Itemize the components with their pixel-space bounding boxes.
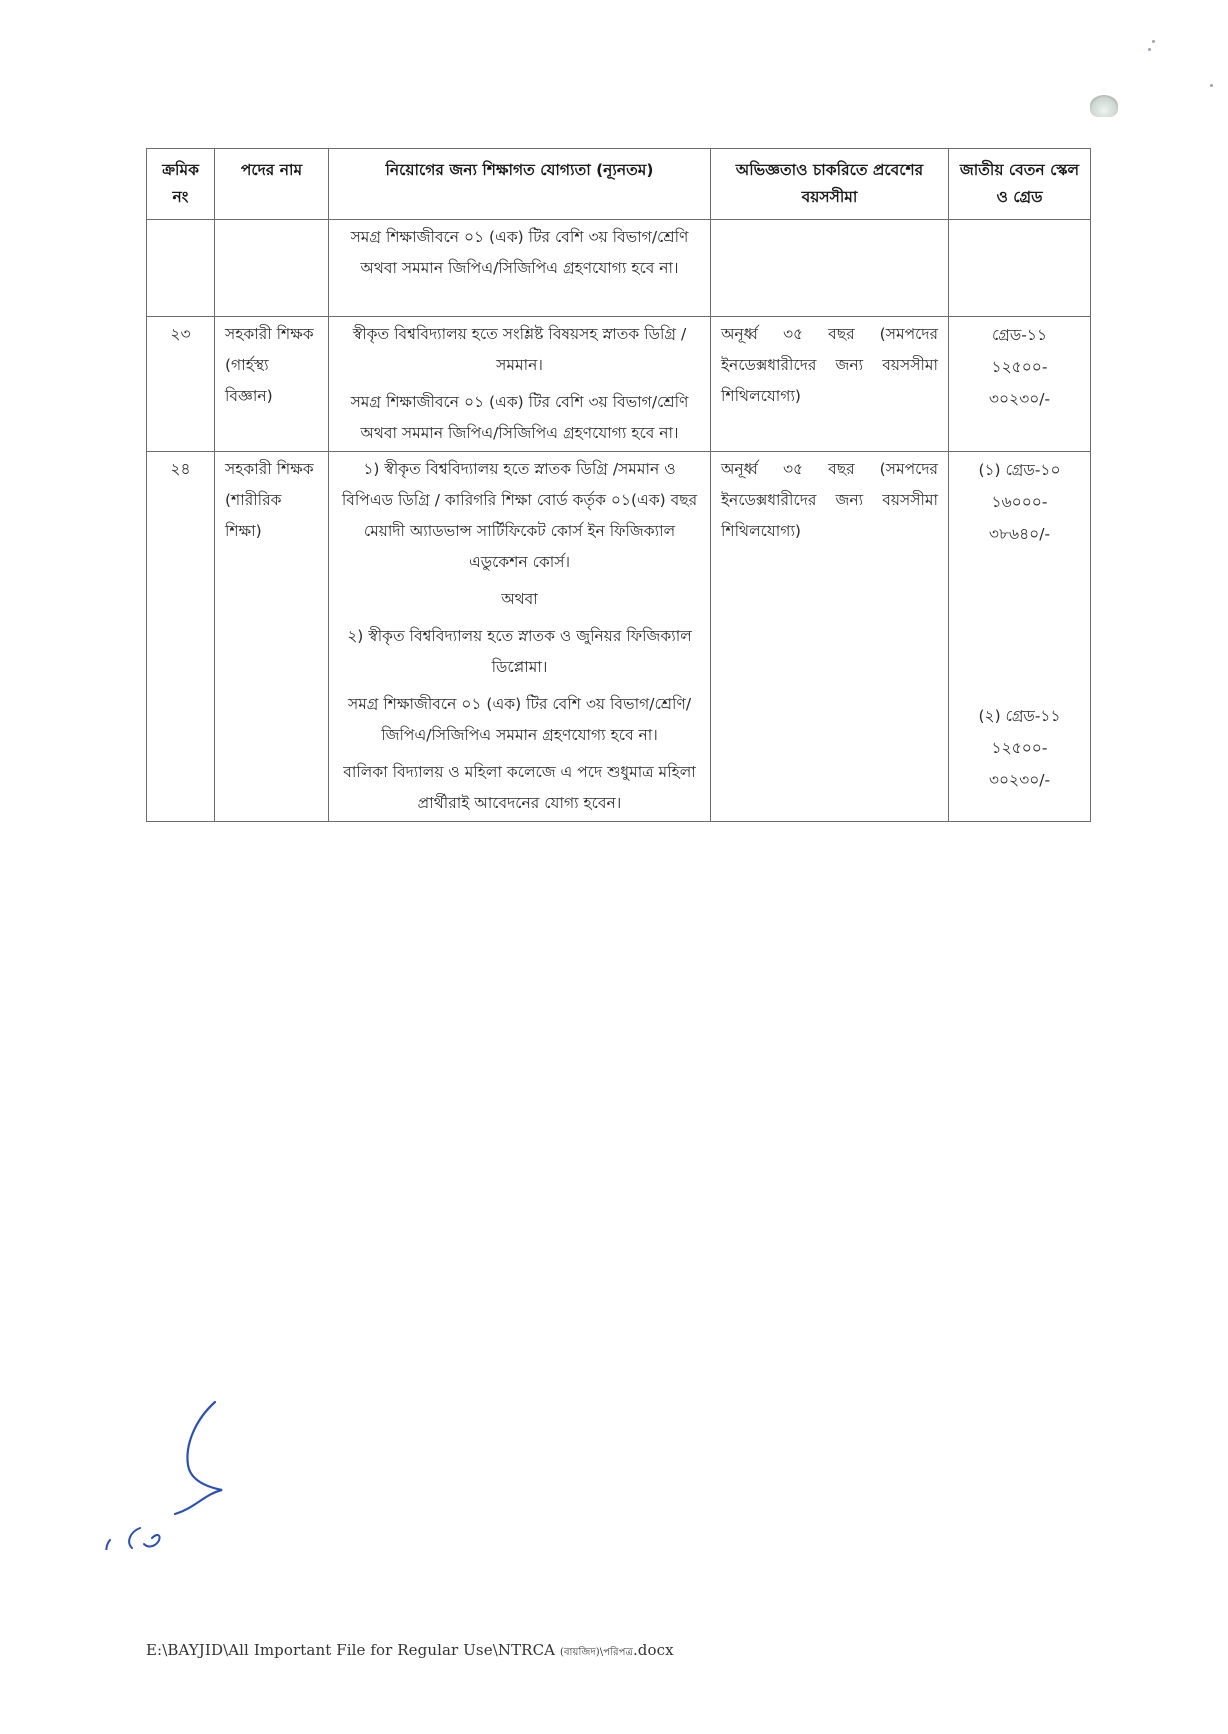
header-qualification: নিয়োগের জন্য শিক্ষাগত যোগ্যতা (ন্যূনতম) — [329, 149, 711, 220]
cell-pay-scale — [949, 220, 1091, 317]
grade-label: (১) গ্রেড-১০ — [959, 454, 1080, 486]
file-path-footer: E:\BAYJID\All Important File for Regular… — [146, 1641, 674, 1662]
header-serial: ক্রমিক নং — [147, 149, 215, 220]
pay-scale-value: ৩০২৩০/- — [959, 383, 1080, 415]
qualification-paragraph: ২) স্বীকৃত বিশ্ববিদ্যালয় হতে স্নাতক ও জ… — [339, 621, 700, 683]
pay-scale-value: ৩৮৬৪০/- — [959, 518, 1080, 550]
cell-serial: ২৪ — [147, 452, 215, 822]
scan-speck — [1148, 48, 1151, 51]
cell-pay-scale: গ্রেড-১১১২৫০০-৩০২৩০/- — [949, 317, 1091, 452]
table-row: সমগ্র শিক্ষাজীবনে ০১ (এক) টির বেশি ৩য় ব… — [147, 220, 1091, 317]
table-row: ২৪সহকারী শিক্ষক (শারীরিক শিক্ষা)১) স্বীক… — [147, 452, 1091, 822]
pay-scale-value: ৩০২৩০/- — [959, 764, 1080, 796]
punch-hole-mark — [1090, 95, 1118, 117]
grade-entry: (১) গ্রেড-১০১৬০০০-৩৮৬৪০/- — [959, 454, 1080, 550]
cell-age-limit: অনূর্ধ্ব ৩৫ বছর (সমপদের ইনডেক্সধারীদের জ… — [711, 452, 949, 822]
file-path-bangla: (বায়জিদ)\পরিপত্র — [560, 1647, 633, 1658]
signature-mark — [100, 1390, 250, 1550]
recruitment-qualification-table: ক্রমিক নং পদের নাম নিয়োগের জন্য শিক্ষাগ… — [146, 148, 1091, 822]
cell-serial: ২৩ — [147, 317, 215, 452]
table-row: ২৩সহকারী শিক্ষক (গার্হস্থ্য বিজ্ঞান)স্বী… — [147, 317, 1091, 452]
cell-pay-scale: (১) গ্রেড-১০১৬০০০-৩৮৬৪০/-(২) গ্রেড-১১১২৫… — [949, 452, 1091, 822]
cell-post-name: সহকারী শিক্ষক (শারীরিক শিক্ষা) — [215, 452, 329, 822]
header-pay-scale: জাতীয় বেতন স্কেল ও গ্রেড — [949, 149, 1091, 220]
qualification-paragraph: সমগ্র শিক্ষাজীবনে ০১ (এক) টির বেশি ৩য় ব… — [339, 689, 700, 751]
grade-label: (২) গ্রেড-১১ — [959, 700, 1080, 732]
scan-speck — [1152, 40, 1155, 43]
scan-speck — [1210, 84, 1213, 87]
qualification-paragraph: সমগ্র শিক্ষাজীবনে ০১ (এক) টির বেশি ৩য় ব… — [339, 222, 700, 284]
pay-scale-value: ১২৫০০- — [959, 732, 1080, 764]
cell-qualification: ১) স্বীকৃত বিশ্ববিদ্যালয় হতে স্নাতক ডিগ… — [329, 452, 711, 822]
header-post-name: পদের নাম — [215, 149, 329, 220]
cell-qualification: স্বীকৃত বিশ্ববিদ্যালয় হতে সংশ্লিষ্ট বিষ… — [329, 317, 711, 452]
cell-qualification: সমগ্র শিক্ষাজীবনে ০১ (এক) টির বেশি ৩য় ব… — [329, 220, 711, 317]
file-extension: .docx — [633, 1641, 674, 1659]
grade-label: গ্রেড-১১ — [959, 319, 1080, 351]
qualification-paragraph: অথবা — [339, 584, 700, 615]
qualification-paragraph: সমগ্র শিক্ষাজীবনে ০১ (এক) টির বেশি ৩য় ব… — [339, 387, 700, 449]
cell-post-name: সহকারী শিক্ষক (গার্হস্থ্য বিজ্ঞান) — [215, 317, 329, 452]
cell-age-limit — [711, 220, 949, 317]
table-header-row: ক্রমিক নং পদের নাম নিয়োগের জন্য শিক্ষাগ… — [147, 149, 1091, 220]
qualification-paragraph: স্বীকৃত বিশ্ববিদ্যালয় হতে সংশ্লিষ্ট বিষ… — [339, 319, 700, 381]
cell-serial — [147, 220, 215, 317]
file-path-main: E:\BAYJID\All Important File for Regular… — [146, 1641, 560, 1659]
qualification-paragraph: ১) স্বীকৃত বিশ্ববিদ্যালয় হতে স্নাতক ডিগ… — [339, 454, 700, 578]
cell-post-name — [215, 220, 329, 317]
header-age-limit: অভিজ্ঞতাও চাকরিতে প্রবেশের বয়সসীমা — [711, 149, 949, 220]
grade-entry: (২) গ্রেড-১১১২৫০০-৩০২৩০/- — [959, 700, 1080, 796]
pay-scale-value: ১২৫০০- — [959, 351, 1080, 383]
pay-scale-value: ১৬০০০- — [959, 486, 1080, 518]
qualification-paragraph: বালিকা বিদ্যালয় ও মহিলা কলেজে এ পদে শুধ… — [339, 757, 700, 819]
cell-age-limit: অনূর্ধ্ব ৩৫ বছর (সমপদের ইনডেক্সধারীদের জ… — [711, 317, 949, 452]
grade-entry: গ্রেড-১১১২৫০০-৩০২৩০/- — [959, 319, 1080, 415]
